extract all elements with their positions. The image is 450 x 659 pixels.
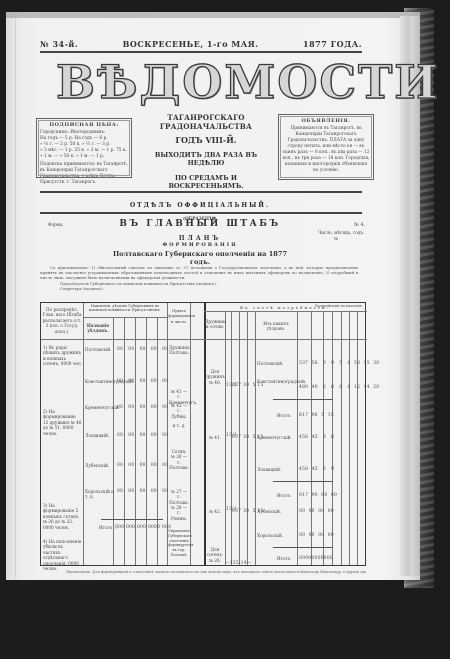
formation-plan-table: По распредѣл. Глав. наго Штаба располага… bbox=[40, 302, 366, 566]
total-values: 00000000000 bbox=[299, 556, 333, 561]
table-main-divider bbox=[204, 303, 206, 565]
secretary-signature: Секретарь (подпись). bbox=[40, 286, 358, 291]
col-divider bbox=[341, 311, 342, 565]
druzhina-label: Для дружинъ. № 40. bbox=[205, 369, 225, 385]
district-name: Кременчугскій. bbox=[85, 405, 115, 410]
district-name: Хорольскій и т. д. bbox=[85, 489, 115, 500]
group-label-2: 2) На формирование 12 дружинъ № 40 до № … bbox=[43, 409, 82, 436]
district-name: Лубенскій. bbox=[257, 509, 281, 514]
plan-title: ПЛАНЪ bbox=[110, 235, 290, 242]
plan-heading: ПЛАНЪ ФОРМИРОВАНІЯ Полтавскаго Губернска… bbox=[110, 235, 290, 266]
sum-rule bbox=[273, 399, 333, 400]
subscription-title: ПОДПИСНАЯ ЦѢНА: bbox=[40, 122, 128, 128]
issue-date: ВОСКРЕСЕНЬЕ, 1-го МАЯ. bbox=[123, 39, 259, 49]
sum-rule bbox=[273, 547, 333, 548]
col-divider bbox=[357, 311, 358, 565]
headquarters-note: Управленіе Губернскаго ополченія формиру… bbox=[168, 529, 190, 558]
group-label-1: 1) Въ ряды пѣшихъ дружинъ и конныхъ соте… bbox=[43, 345, 82, 367]
footnote: Примѣчаніе. Для формированія и слѣдствія… bbox=[66, 570, 366, 574]
druzhina-label: № 41. bbox=[205, 435, 225, 440]
announcements-box: ОБЪЯВЛЕНІЯ. Принимаются въ Таганрогѣ, въ… bbox=[278, 114, 374, 180]
issue-year: 1877 ГОДА. bbox=[303, 39, 362, 49]
masthead-header-line: № 34-й. ВОСКРЕСЕНЬЕ, 1-го МАЯ. 1877 ГОДА… bbox=[40, 39, 362, 49]
district-name: Лубенскій. bbox=[85, 463, 115, 468]
district-values: 00 00 00 00 00 bbox=[117, 379, 168, 384]
district-values: 458 45 3 6 bbox=[299, 435, 334, 440]
header-divider bbox=[83, 317, 167, 318]
formation-point: № 27 — г. Полтава. bbox=[169, 489, 189, 505]
sum-rule bbox=[101, 519, 163, 520]
masthead-bottom-rule bbox=[40, 191, 362, 193]
plan-description: Полтавскаго Губернскаго ополченія на 187… bbox=[110, 250, 290, 266]
total-values: 917 90 00 00 bbox=[299, 493, 337, 498]
frequency-line: ВЫХОДИТЪ ДВА РАЗА ВЪ НЕДѢЛЮ bbox=[138, 151, 274, 167]
page-top-rim bbox=[6, 12, 420, 18]
total-values: 817 96 5 15 bbox=[299, 413, 334, 418]
total-values: 000 000 000 0000 000 bbox=[115, 525, 171, 530]
district-name: Лохвицкій. bbox=[85, 433, 115, 438]
col-divider bbox=[297, 311, 298, 565]
druzhina-label: № 42. bbox=[205, 509, 225, 514]
form-label: Форма. bbox=[48, 222, 64, 227]
total-label: Итого. bbox=[277, 413, 292, 418]
total-label: Итого. bbox=[277, 556, 292, 561]
section-rule bbox=[40, 212, 362, 214]
group-label-3: 3) На формированіе 5 конныхъ сотенъ № 26… bbox=[43, 503, 82, 530]
district-name: Лохвицкій. bbox=[257, 467, 281, 472]
sum-rule bbox=[273, 481, 333, 482]
header-col1: По распредѣл. Глав. наго Штаба располага… bbox=[42, 307, 82, 334]
header-col2: Названіе уѣздовъ. bbox=[84, 323, 112, 334]
district-values: 00 00 00 00 00 bbox=[117, 347, 168, 352]
col-divider bbox=[349, 311, 350, 565]
district-values: 00 00 00 00 00 bbox=[117, 433, 168, 438]
page-fold-line bbox=[15, 18, 16, 578]
formation-point: и т. д. bbox=[169, 423, 189, 428]
formation-point: № 42 — г. Лубны. bbox=[169, 403, 189, 419]
district-values: 337 56 3 9 5 6 50 15 30 bbox=[299, 361, 379, 366]
intro-text: Съ приложеніемъ: 1) обязательный списокъ… bbox=[40, 265, 358, 291]
district-values: 00 00 00 00 00 bbox=[117, 489, 168, 494]
sotnya-summary: —135.14— bbox=[225, 561, 252, 566]
district-name: Полтавскій. bbox=[85, 347, 115, 352]
col-divider bbox=[83, 303, 84, 565]
plan-subtitle: ФОРМИРОВАНІЯ bbox=[110, 242, 290, 248]
header-col6-group: Распредѣленіе по классамъ. bbox=[312, 304, 366, 309]
total-label: Итого. bbox=[277, 493, 292, 498]
formation-point: Дружина. Полтава. bbox=[169, 345, 189, 356]
subscription-footer: Подписка принимается: въ Таганрогѣ, въ К… bbox=[40, 162, 128, 186]
group-label-4: 4) На пополненіе убыли въ частяхъ отдѣль… bbox=[43, 539, 82, 571]
header-col3: Пунктъ формированія и число. bbox=[168, 309, 190, 325]
announcements-text: Принимаются въ Таганрогѣ, въ Канцеляріи … bbox=[282, 126, 370, 174]
form-number: № 4. bbox=[354, 222, 365, 228]
district-name: Хорольскій. bbox=[257, 533, 283, 538]
subscription-line: » 1 м. — » 50 к. » 1 м. — 1 р. bbox=[40, 154, 128, 160]
formation-point: № 28 — г. Ромны. bbox=[169, 505, 189, 521]
days-line: ПО СРЕДАМЪ И ВОСКРЕСЕНЬЯМЪ. bbox=[138, 174, 274, 190]
district-name: Кременчугскій. bbox=[257, 435, 292, 440]
col-divider bbox=[225, 311, 226, 565]
year-volume-line: ГОДЪ VIII-Й. bbox=[138, 135, 274, 145]
district-name: Константиноградскій. bbox=[85, 379, 115, 384]
publisher-line: ТАГАНРОГСКАГО ГРАДОНАЧАЛЬСТВА bbox=[138, 113, 274, 131]
subscription-price-box: ПОДПИСНАЯ ЦѢНА: Городскимъ: Иногороднимъ… bbox=[36, 118, 132, 178]
district-values: 00 00 00 00 bbox=[299, 533, 334, 538]
district-values: 00 00 00 00 00 bbox=[117, 405, 168, 410]
district-name: Полтавскій. bbox=[257, 361, 283, 366]
district-name: Константиноградскій. bbox=[257, 379, 297, 384]
formation-point: Сотня. № 26 — г. Полтава. bbox=[169, 449, 189, 471]
publication-info: ТАГАНРОГСКАГО ГРАДОНАЧАЛЬСТВА ГОДЪ VIII-… bbox=[138, 113, 274, 190]
header-rule bbox=[40, 51, 362, 53]
addressee-title: ВЪ ГЛАВНЫЙ ШТАБЪ bbox=[110, 219, 290, 229]
district-values: 00 00 00 00 bbox=[299, 509, 334, 514]
section-title: ОТДѢЛЪ ОФФИЦІАЛЬНЫЙ. bbox=[30, 202, 370, 209]
header-col2-group: Наименов. уѣздовъ Губернскимъ по воинско… bbox=[84, 304, 166, 313]
header-col4: Дружины и сотни. bbox=[205, 319, 225, 330]
date-label: Число, мѣсяцъ, годъ. bbox=[318, 230, 364, 235]
newspaper-title: ВѢДОМОСТИ bbox=[56, 56, 352, 108]
district-values: 00 00 00 00 00 bbox=[117, 463, 168, 468]
header-col5: Изъ какихъ уѣздовъ. bbox=[256, 321, 296, 332]
issue-number: № 34-й. bbox=[40, 39, 78, 49]
header-divider bbox=[204, 311, 367, 312]
district-values: 480 40 2 6 6 6 12 14 20 bbox=[299, 385, 379, 390]
intro-paragraph: Съ приложеніемъ: 1) обязательный списокъ… bbox=[40, 265, 358, 281]
district-values: 459 45 2 9 bbox=[299, 467, 334, 472]
header-bottom-divider bbox=[41, 339, 367, 340]
date-number: № bbox=[334, 236, 338, 241]
announcements-title: ОБЪЯВЛЕНІЯ. bbox=[282, 118, 370, 124]
sotnya-label: Для сотенъ. № 26. bbox=[205, 547, 225, 563]
col-divider bbox=[190, 303, 191, 565]
